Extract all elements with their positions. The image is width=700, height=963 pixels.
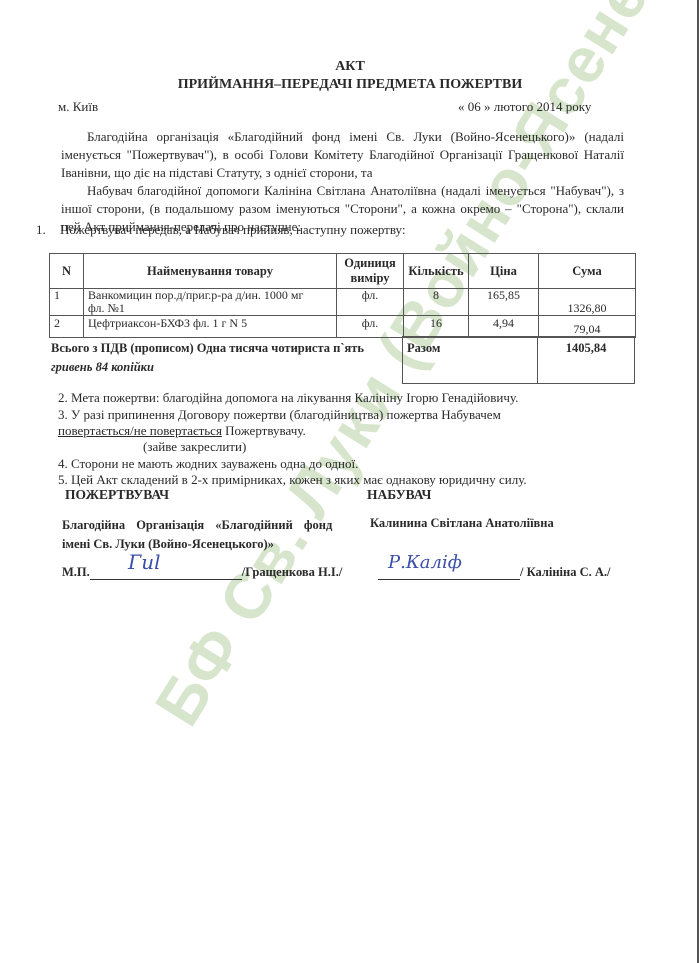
document-title: АКТ [0,59,700,75]
total-in-words-line1: Всього з ПДВ (прописом) Одна тисяча чоти… [51,341,364,355]
cell-sum: 79,04 [539,316,636,338]
col-header-name: Найменування товару [84,254,337,289]
total-value: 1405,84 [538,337,635,384]
donor-org-line2: імені Св. Луки (Войно-Ясенецького)» [62,537,274,551]
cell-qty: 8 [404,289,469,316]
document-date: « 06 » лютого 2014 року [458,99,591,115]
clause-3: 3. У разі припинення Договору пожертви (… [58,407,501,423]
clause-4: 4. Сторони не мають жодних зауважень одн… [58,456,358,472]
donor-signature-line: М.П./Гращенкова Н.І./ [62,565,342,580]
document-subtitle: ПРИЙМАННЯ–ПЕРЕДАЧІ ПРЕДМЕТА ПОЖЕРТВИ [0,77,700,93]
table-header-row: N Найменування товару Одиниця виміру Кіл… [50,254,636,289]
clause-3-continued: повертається/не повертається Пожертвувач… [58,423,306,439]
recipient-signer: / Калініна С. А./ [520,565,611,579]
cell-price: 4,94 [469,316,539,338]
cell-name: Цефтриаксон-БХФЗ фл. 1 г N 5 [84,316,337,338]
cell-qty: 16 [404,316,469,338]
donor-signature: Гиl [128,550,161,574]
cell-name: Ванкомицин пор.д/приг.р-ра д/ин. 1000 мг… [84,289,337,316]
table-row: 1 Ванкомицин пор.д/приг.р-ра д/ин. 1000 … [50,289,636,316]
totals-table: Разом 1405,84 [402,336,635,384]
cell-unit: фл. [337,289,404,316]
scan-edge-line [697,0,699,963]
donor-signer: /Гращенкова Н.І./ [242,565,343,579]
cell-n: 2 [50,316,84,338]
total-in-words: Всього з ПДВ (прописом) Одна тисяча чоти… [51,339,364,377]
cell-name-line1: Ванкомицин пор.д/приг.р-ра д/ин. 1000 мг [88,288,303,302]
cell-unit: фл. [337,316,404,338]
total-in-words-line2: гривень 84 копійки [51,360,154,374]
recipient-signature: Р.Каліф [388,552,462,573]
cell-sum: 1326,80 [539,289,636,316]
donor-org-line1: Благодійна Організація «Благодійний фонд [62,518,332,532]
col-header-sum: Сума [539,254,636,289]
clause-3-options: повертається/не повертається [58,423,222,438]
donor-signature-field [90,565,242,580]
document-page: БФ Св. Луки (Войно-Ясенецького) АКТ ПРИЙ… [0,0,700,963]
total-label: Разом [403,337,538,384]
clause-3-note: (зайве закреслити) [143,439,246,455]
cell-name-line2: фл. №1 [88,301,125,315]
col-header-unit: Одиниця виміру [337,254,404,289]
recipient-name: Калинина Світлана Анатоліївна [370,516,554,531]
cell-price: 165,85 [469,289,539,316]
recipient-heading: НАБУВАЧ [367,487,431,503]
clause-2: 2. Мета пожертви: благодійна допомога на… [58,390,518,406]
col-header-price: Ціна [469,254,539,289]
stamp-label: М.П. [62,565,90,579]
clause-3-rest: Пожертвувачу. [222,423,306,438]
donor-heading: ПОЖЕРТВУВАЧ [65,487,169,503]
clause-1-text: Пожертвувач передав, а Набувач прийняв, … [60,222,405,237]
clause-1: 1.Пожертвувач передав, а Набувач прийняв… [36,222,405,238]
city: м. Київ [58,99,98,115]
cell-n: 1 [50,289,84,316]
col-header-n: N [50,254,84,289]
intro-paragraph-donor: Благодійна організація «Благодійний фонд… [61,128,624,182]
table-row: 2 Цефтриаксон-БХФЗ фл. 1 г N 5 фл. 16 4,… [50,316,636,338]
goods-table: N Найменування товару Одиниця виміру Кіл… [49,253,636,338]
donor-organization: Благодійна Організація «Благодійний фонд… [62,516,332,554]
col-header-qty: Кількість [404,254,469,289]
clause-5: 5. Цей Акт складений в 2-х примірниках, … [58,472,527,488]
clause-1-number: 1. [36,222,60,238]
